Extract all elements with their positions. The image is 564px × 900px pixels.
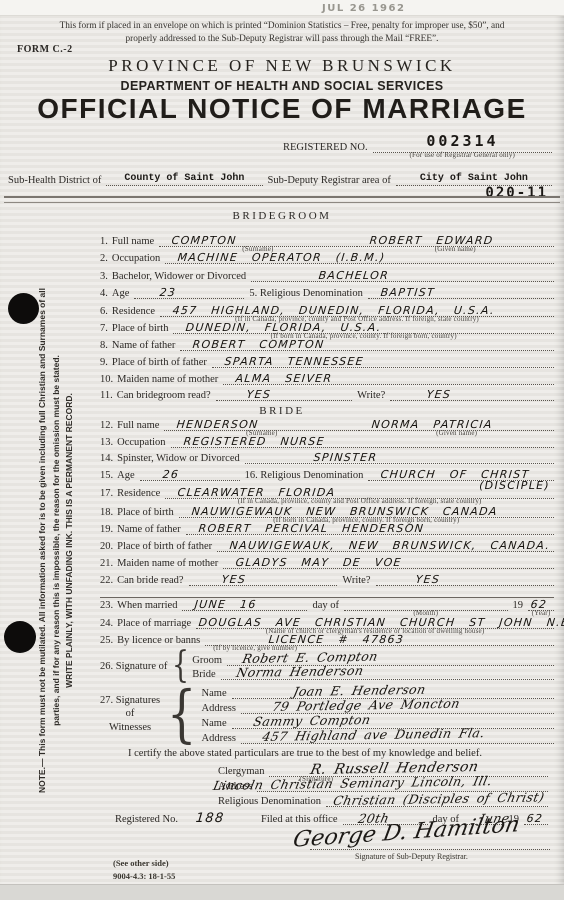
- groom-father-value: ROBERT COMPTON: [192, 339, 325, 350]
- denomination-line: Christian (Disciples of Christ): [326, 793, 548, 807]
- field-label: Can bridegroom read?: [117, 391, 216, 402]
- day-of-label: day of: [307, 601, 344, 612]
- registrar-signature-caption: Signature of Sub-Deputy Registrar.: [355, 852, 468, 861]
- margin-note: NOTE.— This form must not be mutilated. …: [36, 233, 77, 848]
- field-bride-age-religion: 15. Age 26 16. Religious Denomination CH…: [100, 467, 554, 481]
- name-label: Name: [202, 688, 232, 699]
- field-number: 8.: [100, 341, 112, 352]
- field-label: Place of marriage: [117, 619, 196, 630]
- punch-hole: [8, 293, 39, 324]
- field-number: 22.: [100, 576, 117, 587]
- registered-no-line: 002314 (For use of Registrar General onl…: [373, 139, 552, 153]
- bride-status-value: SPINSTER: [313, 452, 378, 463]
- field-number: 24.: [100, 619, 117, 630]
- clergyman-label: Clergyman: [218, 767, 269, 778]
- field-label: Religious Denomination: [260, 288, 363, 299]
- form-print-number: 9004-4.3: 18-1-55: [113, 871, 175, 881]
- scanned-marriage-form: JUL 26 1962 This form if placed in an en…: [0, 0, 564, 900]
- bride-father-birthplace-value: NAUWIGEWAUK, NEW BRUNSWICK, CANADA.: [229, 540, 551, 551]
- witnesses-label: 27. Signatures of Witnesses: [100, 694, 162, 735]
- field-label: Bachelor, Widower or Divorced: [112, 272, 251, 283]
- field-bride-literacy: 22. Can bride read? YES Write? YES: [100, 572, 554, 586]
- groom-age-line: 23: [134, 285, 244, 299]
- field-label: Maiden name of mother: [117, 375, 223, 386]
- witness1-address-line: 79 Portledge Ave Moncton: [241, 700, 554, 714]
- district-label: Sub-Health District of: [8, 176, 106, 187]
- field-number: 7.: [100, 324, 112, 335]
- field-label: Name of father: [117, 525, 186, 536]
- date-stamp: JUL 26 1962: [322, 3, 405, 14]
- certify-statement: I certify the above stated particulars a…: [128, 748, 482, 759]
- field-label: Spinster, Widow or Divorced: [117, 454, 245, 465]
- header-rule: [4, 196, 560, 203]
- margin-note-line3: WRITE PLAINLY, WITH UNFADING INK. THIS I…: [63, 233, 77, 848]
- field-label: Witnesses: [100, 721, 160, 735]
- groom-mother-line: ALMA SEIVER: [223, 371, 554, 385]
- bride-occupation-value: REGISTERED NURSE: [183, 436, 325, 447]
- field-bride-full-name: 12. Full name HENDERSON (Surname) NORMA …: [100, 417, 554, 431]
- field-label: Place of birth of father: [112, 358, 212, 369]
- area-line: City of Saint John: [396, 172, 552, 186]
- signatures-label: 26. Signature of: [100, 661, 169, 672]
- bride-read-value: YES: [221, 574, 247, 585]
- groom-father-line: ROBERT COMPTON: [180, 337, 554, 351]
- registrar-signature-line: [310, 849, 550, 850]
- field-label: Signatures: [116, 695, 160, 706]
- bridegroom-section-title: BRIDEGROOM: [0, 210, 564, 222]
- field-label: Can bride read?: [117, 576, 188, 587]
- groom-surname-line: COMPTON (Surname): [159, 233, 356, 247]
- field-label: Residence: [112, 307, 160, 318]
- bride-signature-line: Norma Henderson: [221, 666, 554, 680]
- margin-note-line1: NOTE.— This form must not be mutilated. …: [36, 233, 50, 848]
- clergyman-address-value: Lincoln Christian Seminary Lincoln, Ill.: [212, 775, 493, 792]
- groom-label: Groom: [192, 655, 227, 666]
- field-groom-father-birthplace: 9. Place of birth of father SPARTA TENNE…: [100, 354, 554, 368]
- witness2-address-row: Address 457 Highland ave Dunedin Fla.: [202, 729, 554, 744]
- field-number: 12.: [100, 421, 117, 432]
- bride-label: Bride: [192, 669, 220, 680]
- field-groom-occupation: 2. Occupation MACHINE OPERATOR (I.B.M.): [100, 250, 554, 264]
- brace-icon: {: [167, 686, 197, 742]
- filed-year-value: 62: [526, 813, 544, 824]
- field-label: When married: [117, 601, 182, 612]
- field-bride-residence: 17. Residence CLEARWATER FLORIDA (If in …: [100, 485, 554, 499]
- mail-notice-line1: This form if placed in an envelope on wh…: [6, 20, 558, 33]
- licence-line: LICENCE # 47863 (If by licence, give num…: [205, 632, 554, 646]
- bride-religion-line: CHURCH OF CHRIST (DISCIPLE): [368, 467, 554, 481]
- groom-religion-line: BAPTIST: [368, 285, 554, 299]
- witness2-address-value: 457 Highland ave Dunedin Fla.: [261, 725, 486, 744]
- field-number: 19.: [100, 525, 117, 536]
- groom-residence-line: 457 HIGHLAND, DUNEDIN, FLORIDA, U.S.A. (…: [160, 303, 554, 317]
- registered-no-label: REGISTERED NO.: [283, 143, 373, 154]
- field-number: 1.: [100, 237, 112, 248]
- area-value: City of Saint John: [420, 174, 528, 184]
- field-label: Occupation: [112, 254, 165, 265]
- field-groom-status: 3. Bachelor, Widower or Divorced BACHELO…: [100, 268, 554, 282]
- groom-age-value: 23: [159, 287, 177, 298]
- bride-section-title: BRIDE: [0, 405, 564, 417]
- field-label: Place of birth of father: [117, 542, 217, 553]
- field-number: 2.: [100, 254, 112, 265]
- name-label: Name: [202, 718, 232, 729]
- registered-label: Registered No.: [115, 815, 183, 826]
- filed-label: Filed at this office: [261, 815, 343, 826]
- field-number: 21.: [100, 559, 117, 570]
- filed-year-line: 62: [524, 811, 548, 825]
- field-bride-status: 14. Spinster, Widow or Divorced SPINSTER: [100, 450, 554, 464]
- field-number: 26.: [100, 661, 113, 672]
- bride-father-line: ROBERT PERCIVAL HENDERSON: [186, 521, 554, 535]
- groom-write-line: YES: [390, 387, 554, 401]
- groom-father-birthplace-line: SPARTA TENNESSEE: [212, 354, 554, 368]
- witness1-address-row: Address 79 Portledge Ave Moncton: [202, 699, 554, 714]
- bride-given-line: NORMA PATRICIA (Given name): [359, 417, 554, 431]
- witness2-address-line: 457 Highland ave Dunedin Fla.: [241, 730, 554, 744]
- field-groom-mother: 10. Maiden name of mother ALMA SEIVER: [100, 371, 554, 385]
- write-label: Write?: [352, 391, 390, 402]
- married-date-line: JUNE 16: [182, 597, 307, 611]
- registered-no-row: REGISTERED NO. 002314 (For use of Regist…: [283, 139, 552, 153]
- field-label: Occupation: [117, 438, 170, 449]
- bride-age-value: 26: [162, 469, 180, 480]
- married-date-value: JUNE 16: [194, 599, 257, 610]
- field-label: Full name: [112, 237, 159, 248]
- year-line: 62 (Year): [528, 597, 554, 611]
- bride-surname-line: HENDERSON (Surname): [164, 417, 359, 431]
- bride-status-line: SPINSTER: [245, 450, 554, 464]
- month-line: (Month): [344, 597, 507, 611]
- field-label: Residence: [117, 489, 165, 500]
- groom-status-line: BACHELOR: [251, 268, 554, 282]
- denomination-label: Religious Denomination: [218, 797, 326, 808]
- bride-father-birthplace-line: NAUWIGEWAUK, NEW BRUNSWICK, CANADA.: [217, 538, 554, 552]
- field-number: 25.: [100, 636, 117, 647]
- groom-read-value: YES: [246, 389, 272, 400]
- field-number: 17.: [100, 489, 117, 500]
- province-heading: PROVINCE OF NEW BRUNSWICK: [0, 56, 564, 76]
- groom-surname-value: COMPTON: [171, 235, 237, 246]
- field-label: Signature of: [116, 661, 168, 672]
- address-label: Address: [202, 703, 241, 714]
- bride-read-line: YES: [189, 572, 338, 586]
- field-bride-birthplace: 18. Place of birth NAUWIGEWAUK NEW BRUNS…: [100, 504, 554, 518]
- district-line: County of Saint John: [106, 172, 262, 186]
- mail-notice: This form if placed in an envelope on wh…: [6, 20, 558, 45]
- registered-no-caption: (For use of Registrar General only): [373, 152, 552, 159]
- field-witnesses: 27. Signatures of Witnesses { Name Joan …: [100, 684, 554, 744]
- field-number: 6.: [100, 307, 112, 318]
- field-label: of: [100, 707, 160, 721]
- field-groom-father: 8. Name of father ROBERT COMPTON: [100, 337, 554, 351]
- denomination-row: Religious Denomination Christian (Discip…: [218, 793, 548, 807]
- groom-status-value: BACHELOR: [318, 270, 390, 281]
- department-heading: DEPARTMENT OF HEALTH AND SOCIAL SERVICES: [0, 79, 564, 93]
- groom-birthplace-line: DUNEDIN, FLORIDA, U.S.A. (If born in Can…: [173, 320, 554, 334]
- address-label: Address: [202, 733, 241, 744]
- groom-occupation-line: MACHINE OPERATOR (I.B.M.): [165, 250, 554, 264]
- punch-hole: [4, 621, 36, 653]
- field-number: 16.: [245, 470, 258, 481]
- groom-religion-value: BAPTIST: [380, 287, 436, 298]
- field-label: Maiden name of mother: [117, 559, 223, 570]
- field-bride-mother: 21. Maiden name of mother GLADYS MAY DE …: [100, 555, 554, 569]
- field-number: 23.: [100, 601, 117, 612]
- district-row: Sub-Health District of County of Saint J…: [8, 172, 552, 186]
- field-label: Place of birth: [117, 508, 179, 519]
- field-groom-residence: 6. Residence 457 HIGHLAND, DUNEDIN, FLOR…: [100, 303, 554, 317]
- field-label: Place of birth: [112, 324, 174, 335]
- groom-mother-value: ALMA SEIVER: [235, 373, 333, 384]
- bride-mother-value: GLADYS MAY DE VOE: [235, 557, 402, 568]
- field-label: Full name: [117, 421, 164, 432]
- bride-occupation-line: REGISTERED NURSE: [171, 434, 554, 448]
- denomination-value: Christian (Disciples of Christ): [332, 791, 546, 807]
- groom-given-line: ROBERT EDWARD (Given name): [357, 233, 554, 247]
- field-groom-literacy: 11. Can bridegroom read? YES Write? YES: [100, 387, 554, 401]
- field-place-of-marriage: 24. Place of marriage DOUGLAS AVE CHRIST…: [100, 615, 554, 629]
- field-number: 13.: [100, 438, 117, 449]
- field-groom-age-religion: 4. Age 23 5. Religious Denomination BAPT…: [100, 285, 554, 299]
- field-groom-birthplace: 7. Place of birth DUNEDIN, FLORIDA, U.S.…: [100, 320, 554, 334]
- bride-residence-line: CLEARWATER FLORIDA (If in Canada, provin…: [165, 485, 554, 499]
- field-number: 11.: [100, 391, 117, 402]
- registered-no-value: 002314: [426, 134, 498, 149]
- bride-write-value: YES: [415, 574, 441, 585]
- field-number: 14.: [100, 454, 117, 465]
- district-value: County of Saint John: [124, 174, 244, 184]
- scan-bottom-band: [0, 884, 564, 900]
- field-groom-full-name: 1. Full name COMPTON (Surname) ROBERT ED…: [100, 233, 554, 247]
- groom-occupation-value: MACHINE OPERATOR (I.B.M.): [177, 252, 386, 263]
- field-number: 10.: [100, 375, 117, 386]
- field-number: 3.: [100, 272, 112, 283]
- bride-birthplace-line: NAUWIGEWAUK NEW BRUNSWICK CANADA (If bor…: [179, 504, 554, 518]
- field-licence: 25. By licence or banns LICENCE # 47863 …: [100, 632, 554, 646]
- bride-father-value: ROBERT PERCIVAL HENDERSON: [198, 523, 425, 534]
- bride-write-line: YES: [376, 572, 555, 586]
- field-bride-occupation: 13. Occupation REGISTERED NURSE: [100, 434, 554, 448]
- area-label: Sub-Deputy Registrar area of: [263, 176, 396, 187]
- bride-signature-row: Bride Norma Henderson: [192, 666, 554, 680]
- field-bride-father: 19. Name of father ROBERT PERCIVAL HENDE…: [100, 521, 554, 535]
- registered-value: 188: [195, 812, 225, 825]
- field-number: 5.: [249, 288, 257, 299]
- field-number: 9.: [100, 358, 112, 369]
- bride-age-line: 26: [140, 467, 240, 481]
- field-label: Age: [112, 289, 135, 300]
- groom-read-line: YES: [216, 387, 352, 401]
- scan-top-band: [0, 0, 564, 16]
- see-other-side-note: (See other side): [113, 858, 169, 868]
- form-code: FORM C.-2: [17, 44, 73, 55]
- page-title: OFFICIAL NOTICE OF MARRIAGE: [0, 93, 564, 125]
- field-bride-father-birthplace: 20. Place of birth of father NAUWIGEWAUK…: [100, 538, 554, 552]
- field-number: 4.: [100, 289, 112, 300]
- bride-mother-line: GLADYS MAY DE VOE: [223, 555, 554, 569]
- field-number: 20.: [100, 542, 117, 553]
- field-number: 18.: [100, 508, 117, 519]
- field-label: By licence or banns: [117, 636, 205, 647]
- field-number: 15.: [100, 471, 117, 482]
- write-label: Write?: [337, 576, 375, 587]
- registered-value-area: 188: [183, 812, 261, 825]
- field-label: Age: [117, 471, 140, 482]
- field-label: Name of father: [112, 341, 181, 352]
- mail-notice-line2: properly addressed to the Sub-Deputy Reg…: [6, 33, 558, 46]
- field-when-married: 23. When married JUNE 16 day of (Month) …: [100, 597, 554, 611]
- year-prefix: 19: [508, 601, 529, 612]
- field-label: Religious Denomination: [260, 470, 363, 481]
- margin-note-line2: parties, and if for any reason this is i…: [50, 233, 64, 848]
- groom-write-value: YES: [426, 389, 452, 400]
- groom-father-birthplace-value: SPARTA TENNESSEE: [224, 356, 364, 367]
- place-of-marriage-line: DOUGLAS AVE CHRISTIAN CHURCH ST JOHN N.B…: [196, 615, 554, 629]
- bride-signature-value: Norma Henderson: [235, 663, 365, 680]
- field-number: 27.: [100, 695, 113, 706]
